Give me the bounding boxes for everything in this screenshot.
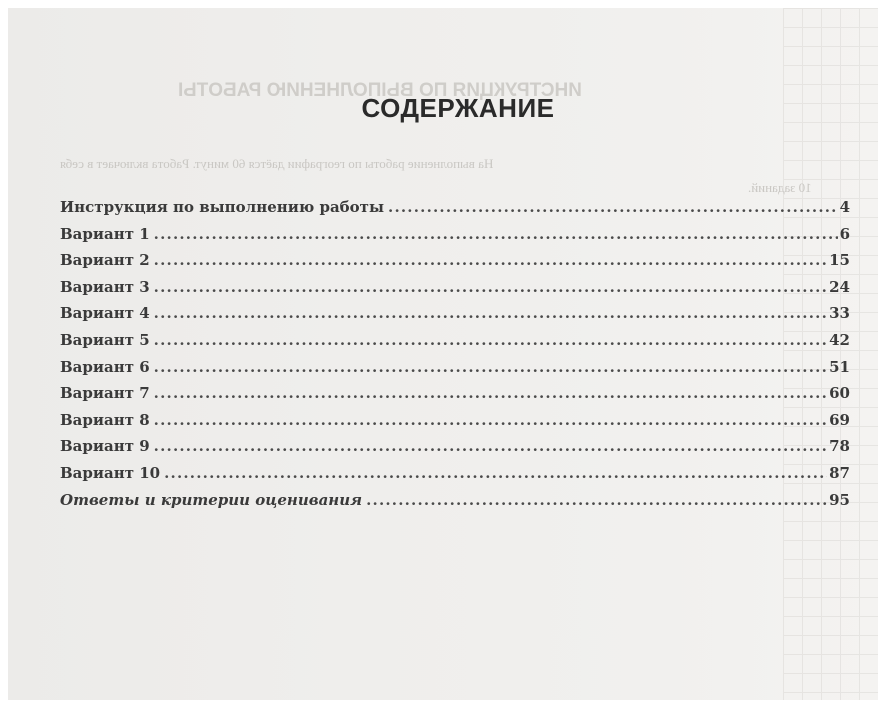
toc-entry-label: Ответы и критерии оценивания <box>60 487 366 514</box>
dot-leader <box>154 300 827 327</box>
toc-entry: Вариант 215 <box>60 247 850 274</box>
dot-leader <box>154 380 827 407</box>
dot-leader <box>154 354 827 381</box>
toc-entry: Ответы и критерии оценивания95 <box>60 487 850 514</box>
toc-entry-label: Вариант 5 <box>60 327 154 354</box>
toc-entry-label: Вариант 3 <box>60 274 154 301</box>
toc-entry-label: Вариант 10 <box>60 460 164 487</box>
toc-entry-label: Инструкция по выполнению работы <box>60 194 388 221</box>
dot-leader <box>154 407 827 434</box>
toc-entry-page-number: 51 <box>827 354 850 381</box>
table-of-contents: Инструкция по выполнению работы4Вариант … <box>60 194 850 513</box>
dot-leader <box>154 247 827 274</box>
toc-entry-label: Вариант 6 <box>60 354 154 381</box>
toc-entry: Инструкция по выполнению работы4 <box>60 194 850 221</box>
toc-entry-page-number: 69 <box>827 407 850 434</box>
dot-leader <box>154 327 827 354</box>
dot-leader <box>154 433 827 460</box>
bleed-through-line: На выполнение работы по географии даётся… <box>60 156 493 172</box>
dot-leader <box>154 221 838 248</box>
toc-entry-label: Вариант 2 <box>60 247 154 274</box>
toc-entry-page-number: 15 <box>827 247 850 274</box>
toc-entry: Вариант 760 <box>60 380 850 407</box>
toc-entry-page-number: 42 <box>827 327 850 354</box>
dot-leader <box>154 274 827 301</box>
toc-entry-label: Вариант 8 <box>60 407 154 434</box>
toc-entry-label: Вариант 4 <box>60 300 154 327</box>
toc-entry-page-number: 78 <box>827 433 850 460</box>
toc-entry-page-number: 24 <box>827 274 850 301</box>
document-page: ИНСТРУКЦИЯ ПО ВЫПОЛНЕНИЮ РАБОТЫ На выпол… <box>8 8 878 700</box>
dot-leader <box>164 460 827 487</box>
toc-entry-page-number: 6 <box>838 221 850 248</box>
toc-entry: Вариант 1087 <box>60 460 850 487</box>
page-title: СОДЕРЖАНИЕ <box>8 93 878 124</box>
toc-entry-page-number: 4 <box>838 194 850 221</box>
toc-entry-page-number: 87 <box>827 460 850 487</box>
dot-leader <box>366 487 827 514</box>
toc-entry-page-number: 95 <box>827 487 850 514</box>
toc-entry-page-number: 33 <box>827 300 850 327</box>
toc-entry: Вариант 433 <box>60 300 850 327</box>
toc-entry: Вариант 651 <box>60 354 850 381</box>
toc-entry: Вариант 16 <box>60 221 850 248</box>
toc-entry: Вариант 869 <box>60 407 850 434</box>
toc-entry-label: Вариант 9 <box>60 433 154 460</box>
toc-entry: Вариант 978 <box>60 433 850 460</box>
toc-entry-page-number: 60 <box>827 380 850 407</box>
toc-entry-label: Вариант 7 <box>60 380 154 407</box>
toc-entry: Вариант 324 <box>60 274 850 301</box>
toc-entry-label: Вариант 1 <box>60 221 154 248</box>
dot-leader <box>388 194 838 221</box>
toc-entry: Вариант 542 <box>60 327 850 354</box>
